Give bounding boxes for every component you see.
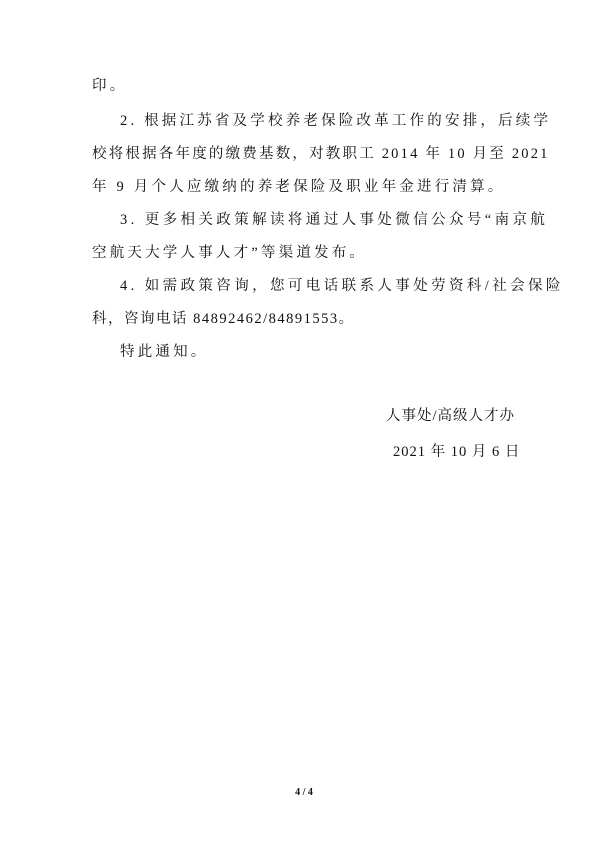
paragraph-line: 科，咨询电话 84892462/84891553。: [92, 309, 355, 329]
signature-date: 2021 年 10 月 6 日: [393, 442, 520, 462]
page-indicator: 4 / 4: [0, 787, 608, 798]
paragraph-line: 印。: [92, 76, 127, 96]
paragraph-line: 校将根据各年度的缴费基数，对教职工 2014 年 10 月至 2021: [92, 144, 550, 164]
paragraph-line: 特此通知。: [120, 342, 209, 362]
paragraph-line: 年 9 月个人应缴纳的养老保险及职业年金进行清算。: [92, 177, 506, 197]
paragraph-line: 4. 如需政策咨询，您可电话联系人事处劳资科/社会保险: [120, 276, 564, 296]
paragraph-line: 2. 根据江苏省及学校养老保险改革工作的安排，后续学: [120, 111, 551, 131]
paragraph-line: 3. 更多相关政策解读将通过人事处微信公众号“南京航: [120, 210, 548, 230]
paragraph-line: 空航天大学人事人才”等渠道发布。: [92, 243, 367, 263]
signature-office: 人事处/高级人才办: [386, 406, 515, 426]
